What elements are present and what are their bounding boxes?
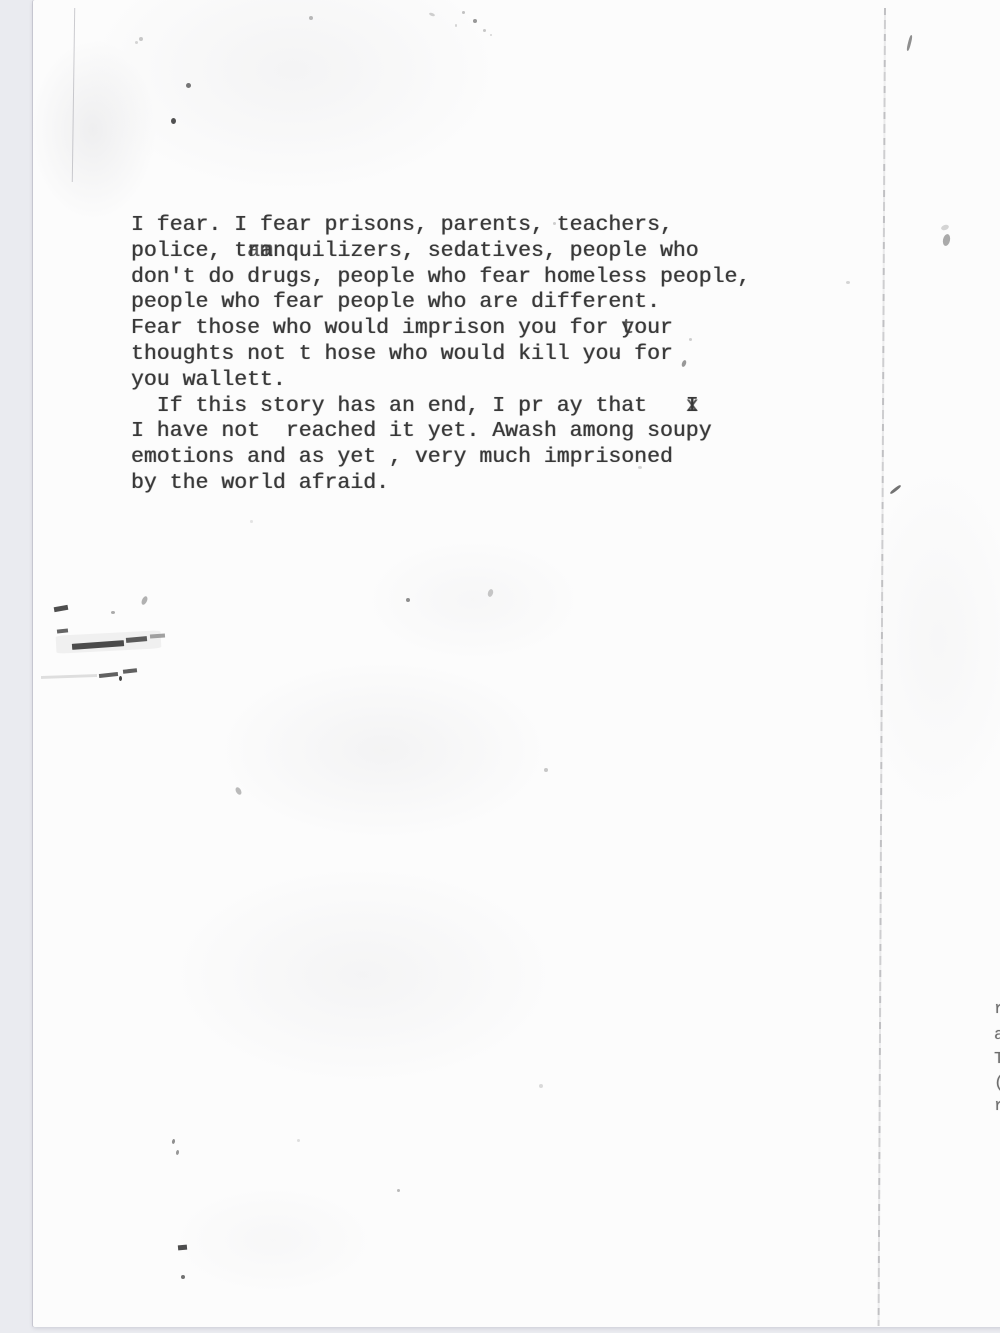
ink-smudge <box>140 595 148 605</box>
overstruck-chars: Ix <box>686 394 699 420</box>
scanned-page: I fear. I fear prisons, parents, teacher… <box>33 0 1000 1327</box>
ink-smudge <box>483 29 486 32</box>
ink-smudge <box>135 41 138 44</box>
ink-smudge <box>123 668 137 673</box>
document-viewer-background: I fear. I fear prisons, parents, teacher… <box>0 0 1000 1333</box>
ink-smudge <box>172 1139 176 1144</box>
overstrike-char: am <box>247 239 273 265</box>
text-segment: don't do drugs, people who fear homeless… <box>131 265 750 289</box>
ink-smudge <box>126 636 147 643</box>
text-segment: If this story has an end, I pr ay that <box>131 394 686 418</box>
ink-smudge <box>111 611 115 614</box>
ink-smudge <box>171 118 176 124</box>
ink-smudge <box>41 674 97 679</box>
ink-smudge <box>234 786 242 795</box>
text-segment: people who fear people who are different… <box>131 290 660 314</box>
ink-smudge <box>309 16 313 20</box>
edge-letter-fragment: ( <box>994 1074 1000 1093</box>
ink-smudge <box>119 676 122 681</box>
text-segment: you wallett. <box>131 368 286 392</box>
ink-smudge <box>889 484 901 494</box>
ink-smudge <box>181 1275 185 1279</box>
scan-scratch-line <box>72 8 75 182</box>
ink-smudge <box>429 12 436 17</box>
screenshot-root: { "viewer": { "background_color": "#eaeb… <box>0 0 1000 1333</box>
ink-smudge <box>57 628 68 633</box>
text-segment: I have not reached it yet. Awash among s… <box>131 419 712 443</box>
typewriter-line: thoughts not t hose who would kill you f… <box>131 342 750 368</box>
ink-smudge <box>397 1189 400 1192</box>
ink-smudge <box>176 1150 180 1155</box>
typewriter-line: police, traamnquilizers, sedatives, peop… <box>131 239 750 265</box>
page-fold-line <box>878 8 886 1326</box>
typewriter-line: by the world afraid. <box>131 471 750 497</box>
ink-smudge <box>406 598 410 602</box>
overstruck-chars: raam <box>247 239 273 265</box>
ink-smudge <box>150 633 165 638</box>
ink-smudge <box>455 24 457 27</box>
typewriter-line: If this story has an end, I pr ay that I… <box>131 394 750 420</box>
ink-smudge <box>178 1245 187 1251</box>
ink-smudge <box>72 640 124 650</box>
edge-letter-fragment: T <box>994 1050 1000 1069</box>
ink-smudge <box>942 233 951 246</box>
ink-smudge <box>906 35 913 51</box>
text-segment: Fear those who would imprison you for <box>131 316 621 340</box>
edge-letter-fragment: a <box>994 1026 1000 1045</box>
text-segment: emotions and as yet , very much imprison… <box>131 445 673 469</box>
scan-mottling-overlay <box>33 0 1000 1327</box>
overstrike-char: x <box>686 394 699 420</box>
typewriter-line: people who fear people who are different… <box>131 290 750 316</box>
edge-letter-fragment: r <box>994 1000 1000 1019</box>
typewriter-line: emotions and as yet , very much imprison… <box>131 445 750 471</box>
ink-smudge <box>539 1084 543 1088</box>
ink-smudge <box>846 281 850 284</box>
ink-smudge <box>462 11 465 14</box>
ink-smudge <box>139 37 143 41</box>
ink-smudge <box>490 34 492 36</box>
overstruck-chars: yt <box>621 316 634 342</box>
typewriter-line: Fear those who would imprison you for yt… <box>131 316 750 342</box>
ink-smudge <box>250 520 253 523</box>
typewriter-line: you wallett. <box>131 368 750 394</box>
overstrike-char: t <box>621 316 634 342</box>
ink-smudge <box>473 19 477 23</box>
text-segment: nquilizers, sedatives, people who <box>273 239 699 263</box>
typewriter-text-block: I fear. I fear prisons, parents, teacher… <box>131 213 750 497</box>
text-segment: by the world afraid. <box>131 471 389 495</box>
ink-smudge <box>99 672 118 678</box>
ink-smudge <box>54 605 69 612</box>
ink-smudge <box>56 630 162 653</box>
ink-smudge <box>297 1139 300 1142</box>
ink-smudge <box>487 588 494 597</box>
text-segment: I fear. I fear prisons, parents, teacher… <box>131 213 673 237</box>
ink-smudge <box>186 83 191 88</box>
ink-smudge <box>940 224 949 231</box>
ink-smudge <box>544 768 548 772</box>
edge-letter-fragment: r <box>994 1097 1000 1116</box>
typewriter-line: I fear. I fear prisons, parents, teacher… <box>131 213 750 239</box>
text-segment: thoughts not t hose who would kill you f… <box>131 342 673 366</box>
text-segment: our <box>634 316 673 340</box>
text-segment: police, t <box>131 239 247 263</box>
typewriter-line: don't do drugs, people who fear homeless… <box>131 265 750 291</box>
typewriter-line: I have not reached it yet. Awash among s… <box>131 419 750 445</box>
